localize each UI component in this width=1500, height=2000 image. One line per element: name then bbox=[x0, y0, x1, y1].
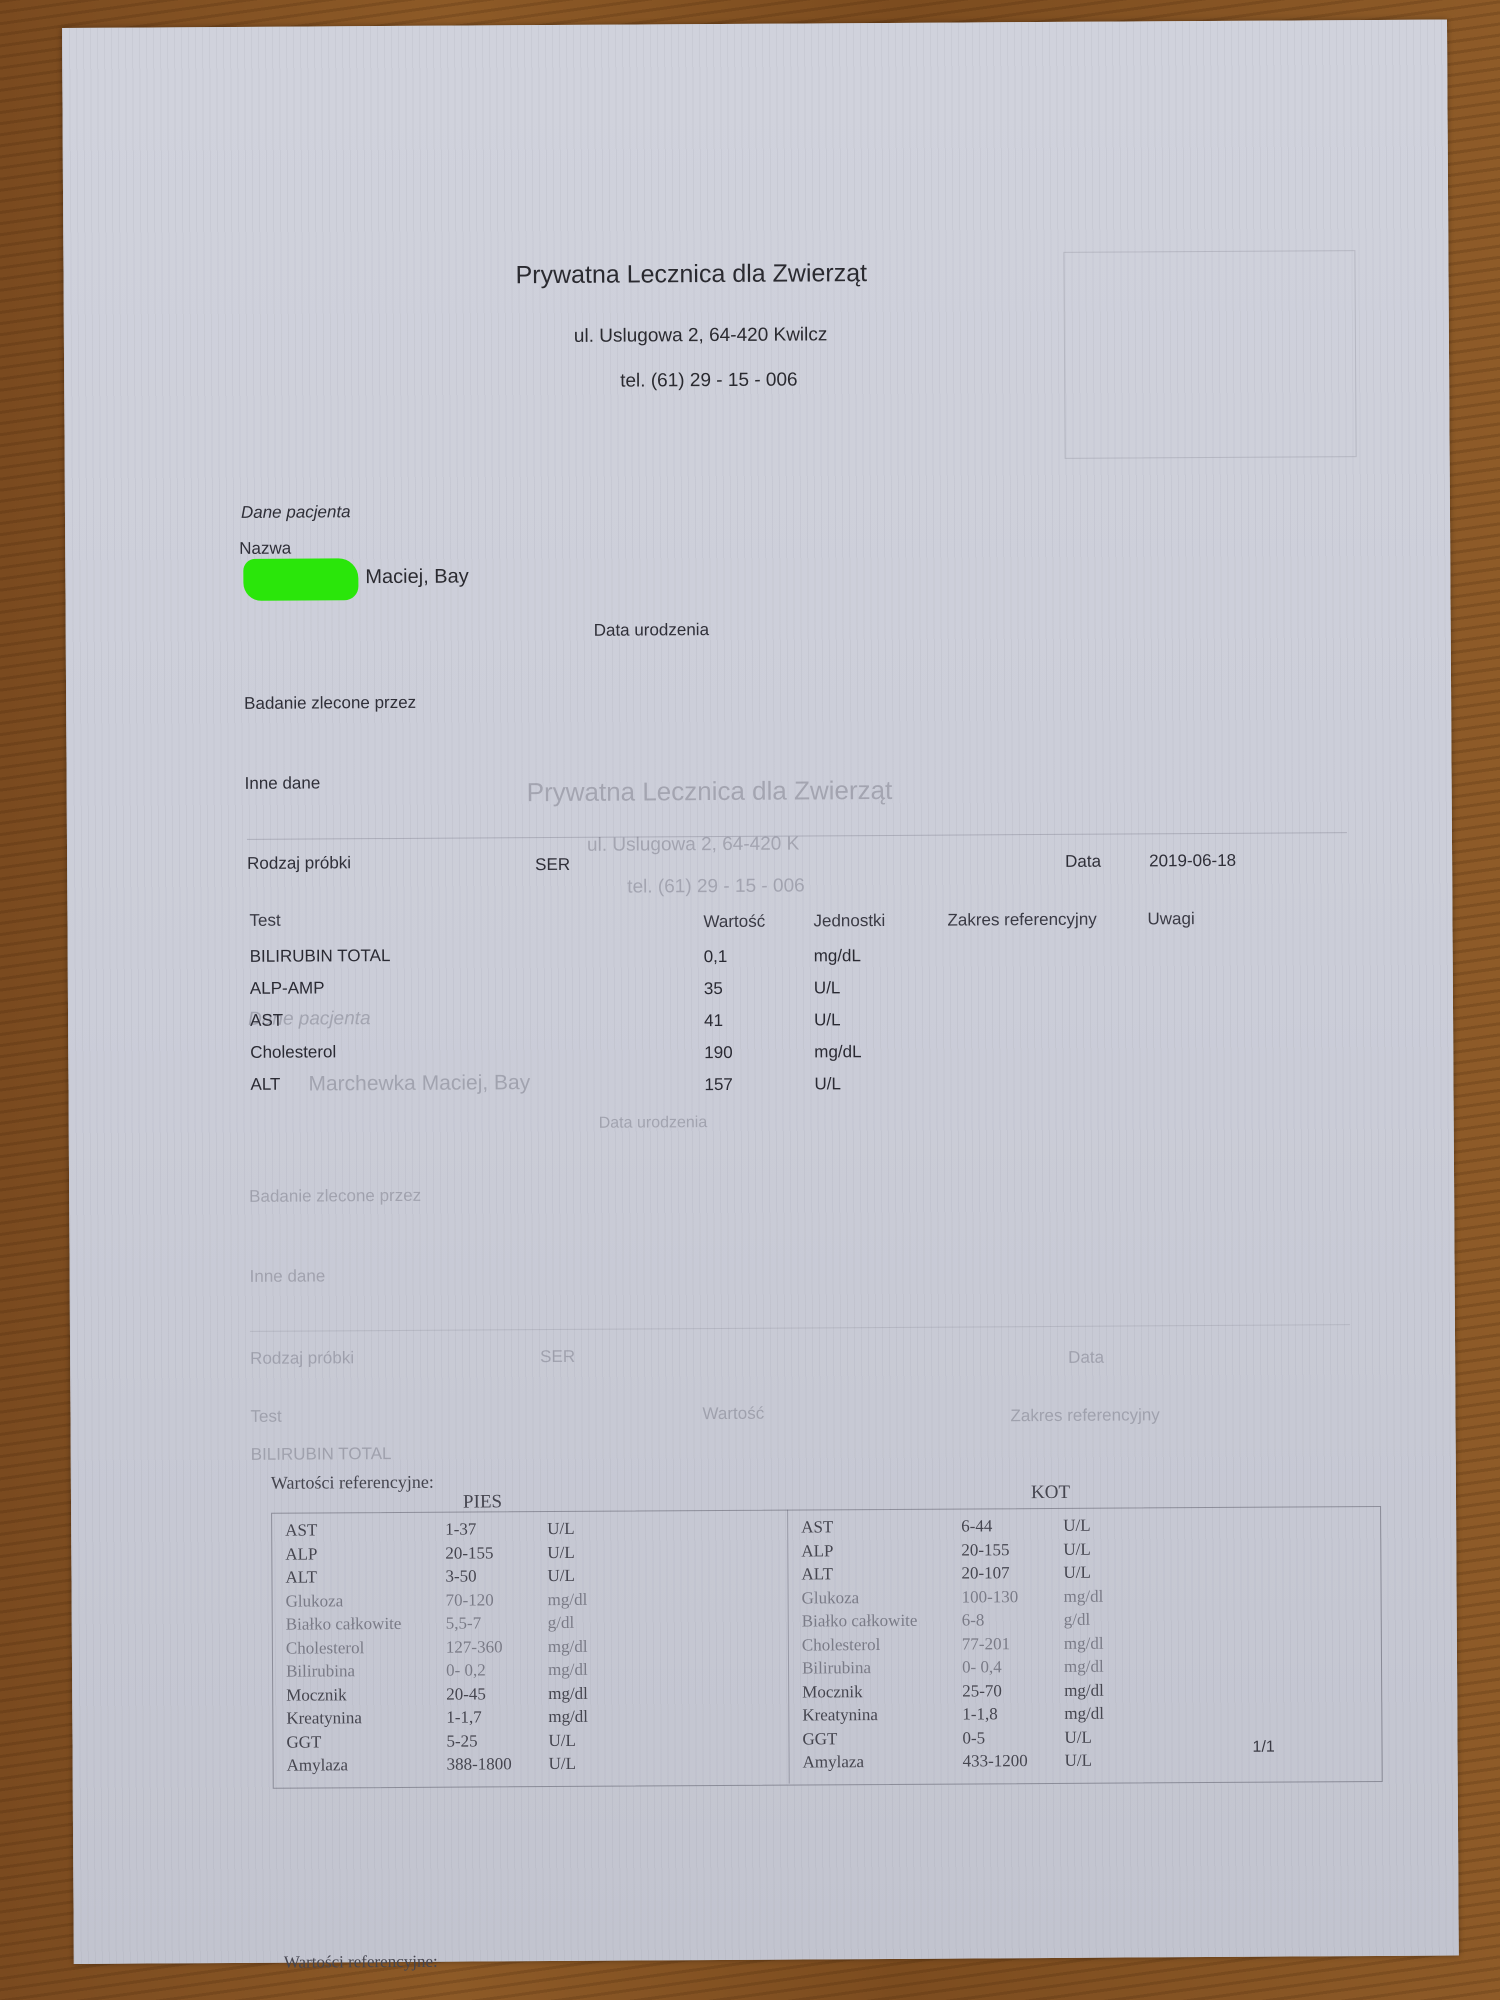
cat-reference-row: Cholesterol77-201mg/dl bbox=[62, 20, 1447, 28]
result-value: 157 bbox=[704, 1075, 732, 1095]
reference-range: 1-1,7 bbox=[446, 1707, 482, 1727]
dog-reference-row: GGT5-25U/L bbox=[62, 20, 1447, 28]
reference-unit: U/L bbox=[549, 1754, 577, 1774]
reference-name: Białko całkowite bbox=[286, 1614, 402, 1635]
results-column-header: Uwagi bbox=[1147, 909, 1194, 929]
patient-section-title: Dane pacjenta bbox=[241, 502, 351, 523]
reference-range: 20-45 bbox=[446, 1684, 486, 1704]
reference-name: Cholesterol bbox=[286, 1638, 365, 1658]
reference-name: Bilirubina bbox=[286, 1661, 355, 1681]
reference-range: 70-120 bbox=[446, 1590, 494, 1610]
result-value: 35 bbox=[704, 979, 723, 999]
reference-range: 5,5-7 bbox=[446, 1613, 482, 1633]
clinic-phone: tel. (61) 29 - 15 - 006 bbox=[620, 370, 798, 393]
cat-reference-list: AST6-44U/LALP20-155U/LALT20-107U/LGlukoz… bbox=[62, 20, 1447, 28]
reference-unit: mg/dl bbox=[548, 1636, 588, 1656]
reference-name: Cholesterol bbox=[802, 1635, 881, 1655]
reference-name: AST bbox=[285, 1520, 317, 1540]
result-test-name: BILIRUBIN TOTAL bbox=[250, 946, 391, 967]
reference-range: 1-37 bbox=[445, 1519, 476, 1539]
reference-unit: U/L bbox=[547, 1542, 575, 1562]
patient-name: Maciej, Bay bbox=[365, 566, 469, 590]
reference-range: 388-1800 bbox=[447, 1754, 512, 1774]
reference-range: 1-1,8 bbox=[962, 1704, 998, 1724]
reference-range: 6-8 bbox=[962, 1610, 985, 1630]
reference-unit: U/L bbox=[1064, 1727, 1092, 1747]
result-unit: mg/dL bbox=[814, 946, 861, 966]
reference-range: 20-155 bbox=[445, 1543, 493, 1563]
page-number: 1/1 bbox=[1252, 1739, 1274, 1757]
showthrough-test-label: Test bbox=[250, 1407, 281, 1427]
cat-reference-row: ALP20-155U/L bbox=[62, 20, 1447, 28]
reference-unit: g/dl bbox=[1064, 1610, 1091, 1630]
cat-reference-row: Amylaza433-1200U/L bbox=[62, 20, 1447, 28]
reference-name: ALT bbox=[801, 1564, 833, 1584]
reference-name: Amylaza bbox=[803, 1752, 864, 1772]
reference-name: GGT bbox=[286, 1732, 321, 1752]
reference-name: Bilirubina bbox=[802, 1658, 871, 1678]
showthrough-divider bbox=[250, 1324, 1350, 1332]
redaction-mark bbox=[243, 558, 358, 601]
reference-range: 433-1200 bbox=[963, 1751, 1028, 1771]
reference-range: 127-360 bbox=[446, 1637, 503, 1657]
reference-range: 0-5 bbox=[962, 1728, 985, 1748]
dog-reference-row: Kreatynina1-1,7mg/dl bbox=[62, 20, 1447, 28]
reference-name: Kreatynina bbox=[802, 1705, 878, 1725]
date-label: Data bbox=[1065, 852, 1101, 872]
reference-name: Glukoza bbox=[286, 1591, 344, 1611]
result-value: 190 bbox=[704, 1043, 732, 1063]
result-unit: mg/dL bbox=[814, 1042, 861, 1062]
cat-label: KOT bbox=[1031, 1482, 1070, 1504]
showthrough-clinic-name: Prywatna Lecznica dla Zwierząt bbox=[527, 775, 893, 808]
showthrough-address: ul. Uslugowa 2, 64-420 K bbox=[587, 834, 799, 857]
cat-reference-row: AST6-44U/L bbox=[62, 20, 1447, 28]
dog-reference-row: Amylaza388-1800U/L bbox=[62, 20, 1447, 28]
dog-label: PIES bbox=[463, 1491, 502, 1513]
reference-name: AST bbox=[801, 1517, 833, 1537]
dog-reference-row: Glukoza70-120mg/dl bbox=[62, 20, 1447, 28]
showthrough-patient-name: Marchewka Maciej, Bay bbox=[308, 1071, 530, 1096]
cat-reference-row: Bilirubina0- 0,4mg/dl bbox=[62, 20, 1447, 28]
cat-reference-row: Glukoza100-130mg/dl bbox=[62, 20, 1447, 28]
reference-unit: U/L bbox=[547, 1566, 575, 1586]
reference-name: ALP bbox=[801, 1541, 833, 1561]
date-value: 2019-06-18 bbox=[1149, 851, 1236, 872]
reference-unit: mg/dl bbox=[1064, 1704, 1104, 1724]
dog-reference-row: Bilirubina0- 0,2mg/dl bbox=[62, 20, 1447, 28]
reference-name: Mocznik bbox=[286, 1685, 347, 1705]
ordered-by-label: Badanie zlecone przez bbox=[244, 693, 416, 714]
reference-unit: U/L bbox=[1063, 1563, 1091, 1583]
cat-reference-row: Białko całkowite6-8g/dl bbox=[62, 20, 1447, 28]
name-label: Nazwa bbox=[239, 539, 291, 559]
result-test-name: ALP-AMP bbox=[250, 978, 325, 998]
reference-range: 100-130 bbox=[962, 1587, 1019, 1607]
showthrough-ordered-by: Badanie zlecone przez bbox=[249, 1186, 421, 1207]
cat-reference-row: GGT0-5U/L bbox=[62, 20, 1447, 28]
showthrough-sample-type: Rodzaj próbki bbox=[250, 1348, 354, 1369]
reference-range: 6-44 bbox=[961, 1516, 992, 1536]
dog-reference-row: ALP20-155U/L bbox=[62, 20, 1447, 28]
reference-range: 25-70 bbox=[962, 1681, 1002, 1701]
reference-name: Glukoza bbox=[802, 1588, 860, 1608]
dog-reference-row: ALT3-50U/L bbox=[62, 20, 1447, 28]
reference-range: 20-155 bbox=[961, 1540, 1009, 1560]
reference-name: Białko całkowite bbox=[802, 1611, 918, 1632]
results-row: Cholesterol190mg/dL bbox=[62, 20, 1447, 28]
showthrough-range-label: Zakres referencyjny bbox=[1010, 1405, 1159, 1426]
reference-range: 0- 0,4 bbox=[962, 1657, 1002, 1677]
reference-name: Mocznik bbox=[802, 1682, 863, 1702]
reference-unit: mg/dl bbox=[1064, 1586, 1104, 1606]
reference-unit: mg/dl bbox=[548, 1660, 588, 1680]
showthrough-first-test: BILIRUBIN TOTAL bbox=[251, 1444, 392, 1465]
results-column-header: Test bbox=[249, 911, 280, 931]
reference-range: 20-107 bbox=[961, 1563, 1009, 1583]
cat-reference-row: Kreatynina1-1,8mg/dl bbox=[62, 20, 1447, 28]
sample-type-label: Rodzaj próbki bbox=[247, 853, 351, 874]
reference-unit: g/dl bbox=[548, 1613, 575, 1633]
dog-reference-row: AST1-37U/L bbox=[62, 20, 1447, 28]
result-value: 41 bbox=[704, 1011, 723, 1031]
sample-type-value: SER bbox=[535, 855, 570, 875]
reference-unit: U/L bbox=[1063, 1516, 1091, 1536]
dog-reference-row: Mocznik20-45mg/dl bbox=[62, 20, 1447, 28]
showthrough-date-label: Data bbox=[1068, 1348, 1104, 1368]
reference-unit: mg/dl bbox=[1064, 1657, 1104, 1677]
result-value: 0,1 bbox=[704, 947, 728, 967]
showthrough-other-data: Inne dane bbox=[250, 1266, 326, 1286]
results-row: ALT157U/L bbox=[62, 20, 1447, 28]
clinic-name: Prywatna Lecznica dla Zwierząt bbox=[515, 259, 867, 290]
results-column-header: Wartość bbox=[703, 912, 765, 932]
dog-reference-row: Cholesterol127-360mg/dl bbox=[62, 20, 1447, 28]
showthrough-bottom-text: Wartości referencyjne: bbox=[284, 1952, 438, 1973]
reference-unit: mg/dl bbox=[548, 1707, 588, 1727]
reference-name: ALT bbox=[285, 1567, 317, 1587]
reference-range: 0- 0,2 bbox=[446, 1660, 486, 1680]
reference-name: ALP bbox=[285, 1544, 317, 1564]
dog-reference-list: AST1-37U/LALP20-155U/LALT3-50U/LGlukoza7… bbox=[62, 20, 1447, 28]
result-unit: U/L bbox=[814, 978, 841, 998]
results-column-header: Zakres referencyjny bbox=[947, 910, 1096, 931]
results-row: AST41U/L bbox=[62, 20, 1447, 28]
reference-range: 5-25 bbox=[446, 1731, 477, 1751]
dog-reference-row: Białko całkowite5,5-7g/dl bbox=[62, 20, 1447, 28]
showthrough-sample-value: SER bbox=[540, 1347, 575, 1367]
results-table: TestWartośćJednostkiZakres referencyjnyU… bbox=[62, 20, 1447, 28]
clinic-address: ul. Uslugowa 2, 64-420 Kwilcz bbox=[574, 324, 828, 348]
reference-unit: mg/dl bbox=[548, 1683, 588, 1703]
result-unit: U/L bbox=[814, 1010, 841, 1030]
result-unit: U/L bbox=[814, 1074, 841, 1094]
reference-unit: U/L bbox=[1065, 1751, 1093, 1771]
paper-sheet: Prywatna Lecznica dla Zwierząt ul. Uslug… bbox=[62, 20, 1459, 1964]
result-test-name: ALT bbox=[250, 1075, 280, 1095]
results-row: ALP-AMP35U/L bbox=[62, 20, 1447, 28]
header-panel bbox=[1063, 250, 1356, 459]
reference-unit: U/L bbox=[548, 1730, 576, 1750]
reference-range: 77-201 bbox=[962, 1634, 1010, 1654]
showthrough-value-label: Wartość bbox=[702, 1404, 764, 1424]
birth-date-label: Data urodzenia bbox=[594, 620, 709, 641]
showthrough-patient-section: Dane pacjenta bbox=[248, 1008, 371, 1031]
reference-name: GGT bbox=[802, 1729, 837, 1749]
cat-reference-row: Mocznik25-70mg/dl bbox=[62, 20, 1447, 28]
result-test-name: Cholesterol bbox=[250, 1042, 336, 1063]
results-row: BILIRUBIN TOTAL0,1mg/dL bbox=[62, 20, 1447, 28]
reference-range: 3-50 bbox=[445, 1566, 476, 1586]
reference-unit: U/L bbox=[1063, 1539, 1091, 1559]
reference-unit: mg/dl bbox=[1064, 1680, 1104, 1700]
reference-unit: mg/dl bbox=[1064, 1633, 1104, 1653]
reference-title: Wartości referencyjne: bbox=[271, 1472, 434, 1494]
showthrough-phone: tel. (61) 29 - 15 - 006 bbox=[627, 875, 805, 898]
reference-unit: U/L bbox=[547, 1519, 575, 1539]
showthrough-birth-date: Data urodzenia bbox=[599, 1114, 708, 1133]
reference-unit: mg/dl bbox=[548, 1589, 588, 1609]
reference-name: Kreatynina bbox=[286, 1708, 362, 1728]
cat-reference-row: ALT20-107U/L bbox=[62, 20, 1447, 28]
other-data-label: Inne dane bbox=[245, 773, 321, 793]
results-column-header: Jednostki bbox=[813, 911, 885, 931]
reference-name: Amylaza bbox=[287, 1755, 348, 1775]
